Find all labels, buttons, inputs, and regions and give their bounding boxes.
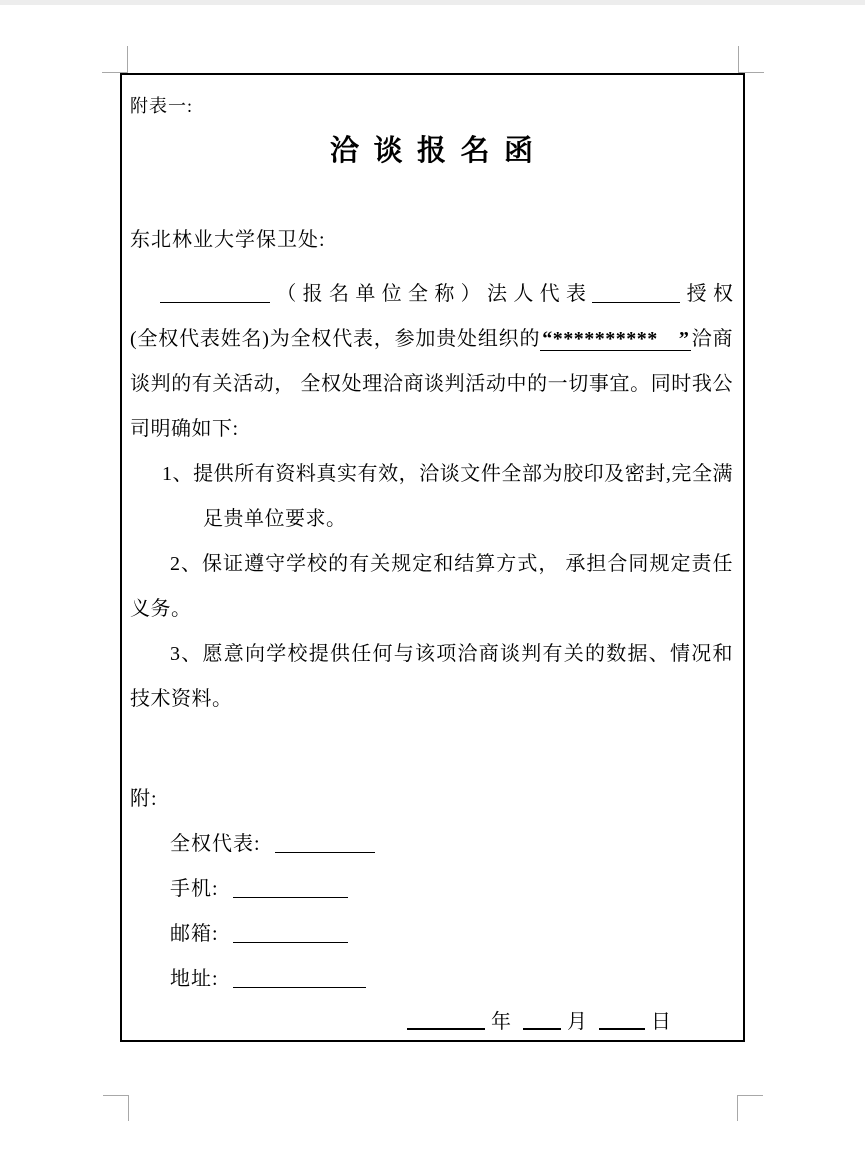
year-label: 年 — [491, 1011, 511, 1033]
authorize-text: 授权 — [680, 283, 733, 305]
crop-mark-bottom-left — [103, 1095, 129, 1121]
month-blank — [523, 1010, 561, 1030]
phone-field-label: 手机: — [170, 878, 219, 900]
salutation: 东北林业大学保卫处: — [130, 226, 733, 254]
crop-mark-top-left — [102, 46, 128, 73]
month-label: 月 — [567, 1011, 587, 1033]
authorization-paragraph: (全权代表姓名)为全权代表，参加贵处组织的“********** ”洽商谈判的有… — [130, 317, 733, 452]
day-label: 日 — [651, 1011, 671, 1033]
attachment-label: 附: — [130, 777, 733, 822]
commitment-item-2: 2、保证遵守学校的有关规定和结算方式， 承担合同规定责任义务。 — [130, 542, 733, 632]
field-row-email: 邮箱: — [130, 912, 733, 957]
field-row-phone: 手机: — [130, 867, 733, 912]
representative-field-blank — [275, 832, 375, 853]
representative-hint: (全权代表姓名)为全权代表，参加贵处组织的 — [130, 328, 540, 350]
field-row-representative: 全权代表: — [130, 822, 733, 867]
unit-name-blank — [160, 282, 270, 303]
authorization-line1: （报名单位全称）法人代表授权 — [130, 272, 733, 317]
day-blank — [599, 1010, 645, 1030]
document-title: 洽 谈 报 名 函 — [130, 131, 733, 171]
address-field-label: 地址: — [170, 968, 219, 990]
legal-representative-blank — [592, 282, 680, 303]
document-page: { "document": { "annex_label": "附表一:", "… — [0, 0, 865, 1173]
representative-field-label: 全权代表: — [170, 833, 261, 855]
date-line: 年月日 — [130, 1002, 733, 1042]
email-field-label: 邮箱: — [170, 923, 219, 945]
crop-mark-bottom-right — [737, 1095, 763, 1121]
commitment-item-1: 1、提供所有资料真实有效，洽谈文件全部为胶印及密封,完全满足贵单位要求。 — [130, 452, 733, 542]
project-name-placeholder: “********** ” — [540, 328, 691, 351]
unit-name-hint: （报名单位全称）法人代表 — [270, 283, 592, 305]
document-border-box: 附表一: 洽 谈 报 名 函 东北林业大学保卫处: （报名单位全称）法人代表授权… — [120, 73, 745, 1042]
year-blank — [407, 1010, 485, 1030]
window-top-strip — [0, 0, 865, 5]
annex-label: 附表一: — [130, 95, 733, 117]
commitment-item-3: 3、愿意向学校提供任何与该项洽商谈判有关的数据、情况和技术资料。 — [130, 632, 733, 722]
email-field-blank — [233, 922, 348, 943]
crop-mark-top-right — [738, 46, 764, 73]
address-field-blank — [233, 967, 366, 988]
phone-field-blank — [233, 877, 348, 898]
field-row-address: 地址: — [130, 957, 733, 1002]
